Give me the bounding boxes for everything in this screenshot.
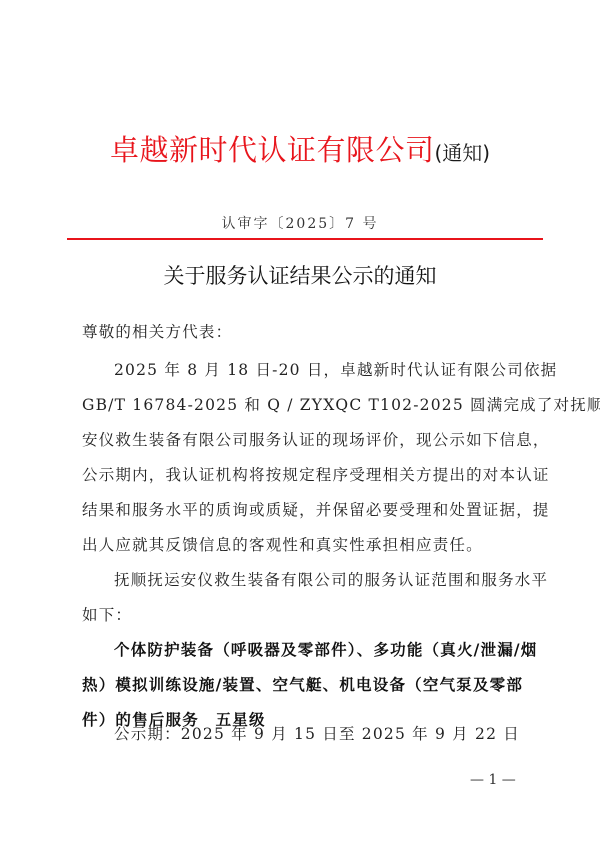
organization-name: 卓越新时代认证有限公司 bbox=[110, 133, 435, 167]
paragraph-line: 出人应就其反馈信息的客观性和真实性承担相应责任。 bbox=[82, 533, 483, 555]
paragraph-line: GB/T 16784-2025 和 Q / ZYXQC T102-2025 圆满… bbox=[82, 393, 600, 415]
notice-label: (通知) bbox=[434, 141, 490, 165]
organization-header: 卓越新时代认证有限公司(通知) bbox=[0, 128, 600, 169]
red-divider bbox=[67, 238, 543, 240]
salutation: 尊敬的相关方代表： bbox=[82, 320, 232, 342]
paragraph-line: 公示期内，我认证机构将按规定程序受理相关方提出的对本认证 bbox=[82, 463, 550, 485]
document-title: 关于服务认证结果公示的通知 bbox=[0, 260, 600, 290]
publicity-period: 公示期：2025 年 9 月 15 日至 2025 年 9 月 22 日 bbox=[114, 722, 520, 744]
paragraph-line: 2025 年 8 月 18 日-20 日，卓越新时代认证有限公司依据 bbox=[114, 358, 557, 380]
scope-line: 个体防护装备（呼吸器及零部件）、多功能（真火/泄漏/烟 bbox=[114, 638, 537, 660]
scope-line: 热）模拟训练设施/装置、空气艇、机电设备（空气泵及零部 bbox=[82, 673, 523, 695]
paragraph-line: 安仪救生装备有限公司服务认证的现场评价，现公示如下信息， bbox=[82, 428, 550, 450]
page-number: — 1 — bbox=[470, 772, 516, 788]
paragraph-line: 结果和服务水平的质询或质疑，并保留必要受理和处置证据，提 bbox=[82, 498, 550, 520]
paragraph-line: 如下： bbox=[82, 603, 132, 625]
document-number: 认审字〔2025〕7 号 bbox=[0, 213, 600, 233]
paragraph-line: 抚顺抚运安仪救生装备有限公司的服务认证范围和服务水平 bbox=[114, 568, 548, 590]
